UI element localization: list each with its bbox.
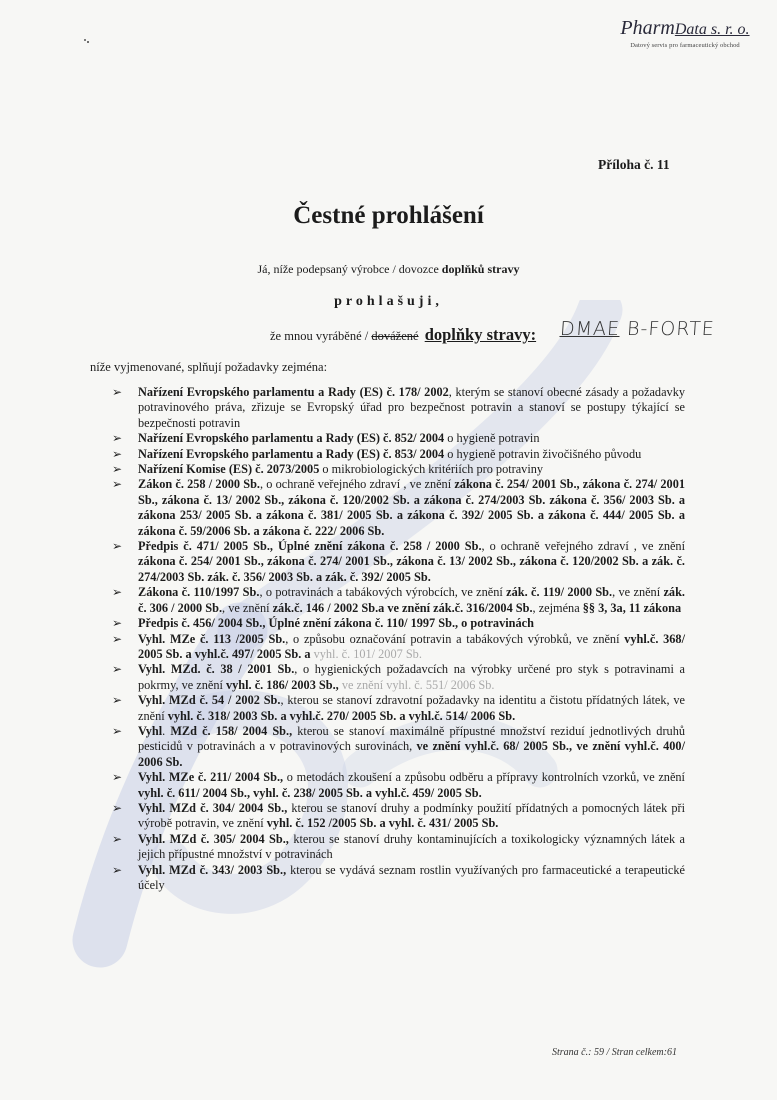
arrow-bullet-icon: ➢ <box>112 385 122 400</box>
logo-brand-part2: Data s. r. o. <box>675 21 750 38</box>
handwritten-product-name: DMAE B-FORTE <box>559 318 715 340</box>
arrow-bullet-icon: ➢ <box>112 801 122 816</box>
list-item: ➢Vyhl. MZd č. 54 / 2002 Sb., kterou se s… <box>112 693 685 724</box>
law-reference: Nařízení Komise (ES) č. 2073/2005 <box>138 462 319 476</box>
list-item: ➢Nařízení Evropského parlamentu a Rady (… <box>112 385 685 431</box>
logo-brand: PharmData s. r. o. <box>600 18 770 38</box>
law-description: , zejména <box>533 601 583 615</box>
document-title: Čestné prohlášení <box>0 202 777 230</box>
law-reference: vyhl. č. 611/ 2004 Sb., vyhl. č. 238/ 20… <box>138 786 482 800</box>
law-reference: zákona č. 254/ 2001 Sb., zákona č. 274/ … <box>138 554 685 583</box>
list-item: ➢Předpis č. 456/ 2004 Sb., Úplné znění z… <box>112 616 685 631</box>
handwritten-part2: B-FORTE <box>626 318 715 340</box>
law-description: , ve znění <box>612 585 663 599</box>
list-item: ➢Nařízení Evropského parlamentu a Rady (… <box>112 431 685 446</box>
intro-line: Já, níže podepsaný výrobce / dovozce dop… <box>0 262 777 277</box>
law-reference: zák. č. 119/ 2000 Sb. <box>506 585 612 599</box>
law-description: o hygieně potravin živočišného původu <box>444 447 641 461</box>
law-reference: Vyhl. MZd č. 343/ 2003 Sb., <box>138 863 286 877</box>
arrow-bullet-icon: ➢ <box>112 447 122 462</box>
arrow-bullet-icon: ➢ <box>112 431 122 446</box>
list-item: ➢Vyhl. MZd č. 304/ 2004 Sb., kterou se s… <box>112 801 685 832</box>
law-reference: Vyhl. MZe č. 113 /2005 Sb. <box>138 632 285 646</box>
arrow-bullet-icon: ➢ <box>112 832 122 847</box>
company-logo: PharmData s. r. o. Datový servis pro far… <box>600 18 770 49</box>
intro-bold: doplňků stravy <box>442 262 520 276</box>
product-type: doplňky stravy: <box>425 325 536 344</box>
law-reference: Zákon č. 258 / 2000 Sb. <box>138 477 260 491</box>
faded-law-reference: ve znění vyhl. č. 551/ 2006 Sb. <box>339 678 495 692</box>
handwritten-part1: DMAE <box>559 318 621 340</box>
page-footer: Strana č.: 59 / Stran celkem:61 <box>552 1047 677 1058</box>
law-reference: Vyhl. MZd č. 54 / 2002 Sb. <box>138 693 280 707</box>
arrow-bullet-icon: ➢ <box>112 462 122 477</box>
arrow-bullet-icon: ➢ <box>112 539 122 554</box>
arrow-bullet-icon: ➢ <box>112 585 122 600</box>
law-reference: Vyhl <box>138 724 162 738</box>
law-description: o mikrobiologických kritériích pro potra… <box>319 462 543 476</box>
list-item: ➢Vyhl. MZd č. 305/ 2004 Sb., kterou se s… <box>112 832 685 863</box>
arrow-bullet-icon: ➢ <box>112 724 122 739</box>
law-reference: Vyhl. MZd. č. 38 / 2001 Sb. <box>138 662 294 676</box>
logo-tagline: Datový servis pro farmaceutický obchod <box>600 42 770 49</box>
scan-speck-icon <box>82 37 94 45</box>
product-line: že mnou vyráběné / dovážené doplňky stra… <box>270 325 536 345</box>
list-item: ➢Předpis č. 471/ 2005 Sb., Úplné znění z… <box>112 539 685 585</box>
law-reference: Nařízení Evropského parlamentu a Rady (E… <box>138 385 449 399</box>
law-description: , o ochraně veřejného zdraví , ve znění <box>260 477 454 491</box>
law-reference: Nařízení Evropského parlamentu a Rady (E… <box>138 447 444 461</box>
law-reference: Předpis č. 456/ 2004 Sb., Úplné znění zá… <box>138 616 534 630</box>
regulations-list: ➢Nařízení Evropského parlamentu a Rady (… <box>112 385 685 893</box>
faded-law-reference: vyhl. č. 101/ 2007 Sb. <box>314 647 422 661</box>
arrow-bullet-icon: ➢ <box>112 662 122 677</box>
list-item: ➢Vyhl. MZe č. 211/ 2004 Sb., o metodách … <box>112 770 685 801</box>
law-description: o metodách zkoušení a způsobu odběru a p… <box>283 770 685 784</box>
law-reference: MZd č. 158/ 2004 Sb., <box>170 724 292 738</box>
law-description: o hygieně potravin <box>444 431 539 445</box>
list-item: ➢Zákona č. 110/1997 Sb., o potravinách a… <box>112 585 685 616</box>
list-item: ➢Vyhl. MZd. č. 38 / 2001 Sb., o hygienic… <box>112 662 685 693</box>
product-prefix: že mnou vyráběné / <box>270 329 371 343</box>
intro-prefix: Já, níže podepsaný výrobce / dovozce <box>258 262 442 276</box>
arrow-bullet-icon: ➢ <box>112 632 122 647</box>
list-item: ➢Vyhl. MZe č. 113 /2005 Sb., o způsobu o… <box>112 632 685 663</box>
law-reference: Vyhl. MZd č. 304/ 2004 Sb., <box>138 801 287 815</box>
list-item: ➢Vyhl. MZd č. 158/ 2004 Sb., kterou se s… <box>112 724 685 770</box>
law-reference: Nařízení Evropského parlamentu a Rady (E… <box>138 431 444 445</box>
list-item: ➢Nařízení Komise (ES) č. 2073/2005 o mik… <box>112 462 685 477</box>
law-reference: §§ 3, 3a, 11 zákona <box>583 601 681 615</box>
law-reference: vyhl. č. 318/ 2003 Sb. a vyhl.č. 270/ 20… <box>168 709 515 723</box>
list-item: ➢Zákon č. 258 / 2000 Sb., o ochraně veře… <box>112 477 685 539</box>
law-reference: vyhl. č. 152 /2005 Sb. a vyhl. č. 431/ 2… <box>267 816 499 830</box>
arrow-bullet-icon: ➢ <box>112 863 122 878</box>
law-reference: Zákona č. 110/1997 Sb. <box>138 585 259 599</box>
list-item: ➢Nařízení Evropského parlamentu a Rady (… <box>112 447 685 462</box>
arrow-bullet-icon: ➢ <box>112 770 122 785</box>
struck-word: dovážené <box>371 329 418 343</box>
arrow-bullet-icon: ➢ <box>112 693 122 708</box>
annex-label: Příloha č. 11 <box>598 157 670 173</box>
law-reference: Předpis č. 471/ 2005 Sb., Úplné znění zá… <box>138 539 482 553</box>
law-reference: zák.č. 146 / 2002 Sb.a ve znění zák.č. 3… <box>273 601 533 615</box>
law-description: , o ochraně veřejného zdraví , ve znění <box>482 539 685 553</box>
list-intro: níže vyjmenované, splňují požadavky zejm… <box>90 360 327 375</box>
arrow-bullet-icon: ➢ <box>112 616 122 631</box>
arrow-bullet-icon: ➢ <box>112 477 122 492</box>
law-description: , ve znění <box>222 601 273 615</box>
law-description: , o způsobu označování potravin a tabáko… <box>285 632 624 646</box>
law-description: , o potravinách a tabákových výrobcích, … <box>259 585 506 599</box>
law-reference: Vyhl. MZd č. 305/ 2004 Sb., <box>138 832 289 846</box>
logo-brand-part1: Pharm <box>620 17 674 39</box>
law-reference: vyhl. č. 186/ 2003 Sb., <box>226 678 339 692</box>
declare-heading: prohlašuji, <box>0 294 777 310</box>
list-item: ➢Vyhl. MZd č. 343/ 2003 Sb., kterou se v… <box>112 863 685 894</box>
law-reference: Vyhl. MZe č. 211/ 2004 Sb., <box>138 770 283 784</box>
